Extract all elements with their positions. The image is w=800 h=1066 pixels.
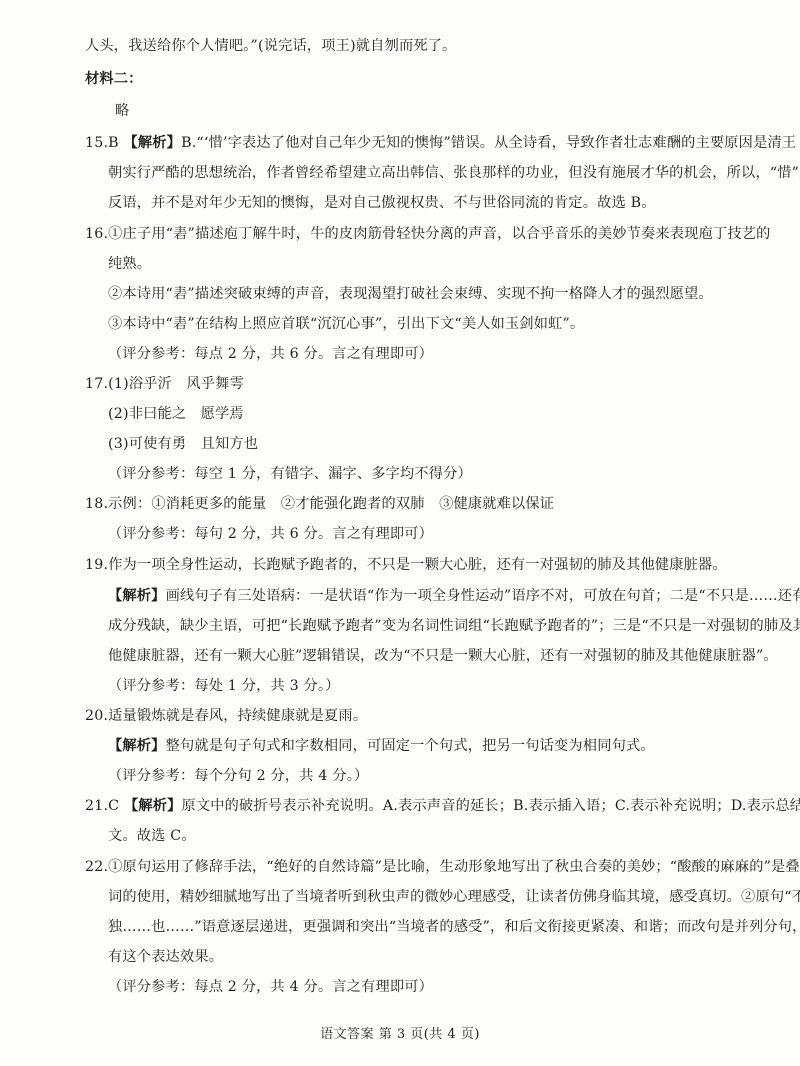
q18-score: （评分参考：每句 2 分，共 6 分。言之有理即可） [108, 524, 433, 544]
q15-line-1: 15.B 【解析】B.“‘惜’字表达了他对自己年少无知的懊悔”错误。从全诗看，导… [85, 133, 796, 153]
q15-line-3: 反语，并不是对年少无知的懊悔，是对自己傲视权贵、不与世俗同流的肯定。故选 B。 [108, 193, 656, 213]
q21-line-2: 文。故选 C。 [108, 826, 196, 846]
q19-analysis-3: 他健康脏器，还有一颗大心脏”逻辑错误，改为“不只是一颗大心脏，还有一对强韧的肺及… [108, 646, 778, 666]
q21-line-1: 21.C 【解析】原文中的破折号表示补充说明。A.表示声音的延长；B.表示插入语… [85, 796, 800, 816]
q16-line-1: 16.①庄子用“砉”描述庖丁解牛时，牛的皮肉筋骨轻快分离的声音，以合乎音乐的美妙… [85, 224, 771, 244]
q16-line-4: ③本诗中“砉”在结构上照应首联“沉沉心事”，引出下文“美人如玉剑如虹”。 [108, 314, 584, 334]
q22-line-1: 22.①原句运用了修辞手法，“绝好的自然诗篇”是比喻，生动形象地写出了秋虫合奏的… [85, 857, 800, 877]
analysis-tag: 【解析】 [124, 798, 182, 814]
q17-line-3: (3)可使有勇 且知方也 [108, 434, 258, 454]
q17-score: （评分参考：每空 1 分，有错字、漏字、多字均不得分） [108, 464, 472, 484]
q19-score: （评分参考：每处 1 分，共 3 分。） [108, 676, 340, 696]
answer-key-page: 人头，我送给你个人情吧。”(说完话，项王)就自刎而死了。 材料二： 略 15.B… [0, 0, 800, 1066]
material-one-tail: 人头，我送给你个人情吧。”(说完话，项王)就自刎而死了。 [85, 36, 457, 56]
q21-answer: 21.C [85, 798, 124, 814]
q16-line-2: 纯熟。 [108, 254, 151, 274]
q17-line-1: 17.(1)浴乎沂 风乎舞雩 [85, 374, 244, 394]
q20-analysis: 【解析】整句就是句子句式和字数相同，可固定一个句式，把另一句话变为相同句式。 [108, 736, 655, 756]
q20-answer: 20.适量锻炼就是春风，持续健康就是夏雨。 [85, 706, 367, 726]
material-two-body: 略 [115, 101, 129, 121]
q19-answer: 19.作为一项全身性运动，长跑赋予跑者的，不只是一颗大心脏，还有一对强韧的肺及其… [85, 555, 727, 575]
q19-analysis-1: 【解析】画线句子有三处语病：一是状语“作为一项全身性运动”语序不对，可放在句首；… [108, 586, 800, 606]
q18-line-1: 18.示例：①消耗更多的能量 ②才能强化跑者的双肺 ③健康就难以保证 [85, 494, 554, 514]
analysis-tag: 【解析】 [108, 588, 166, 604]
q16-line-3: ②本诗用“砉”描述突破束缚的声音，表现渴望打破社会束缚、实现不拘一格降人才的强烈… [108, 284, 713, 304]
q22-line-4: 有这个表达效果。 [108, 947, 223, 967]
q15-answer: 15.B [85, 135, 124, 151]
page-footer: 语文答案 第 3 页(共 4 页) [0, 1023, 800, 1042]
q22-line-2: 词的使用，精妙细腻地写出了当境者听到秋虫声的微妙心理感受，让读者仿佛身临其境，感… [108, 887, 800, 907]
q22-line-3: 独……也……”语意逐层递进，更强调和突出“当境者的感受”，和后文衔接更紧凑、和谐… [108, 917, 800, 937]
q16-score: （评分参考：每点 2 分，共 6 分。言之有理即可） [108, 344, 433, 364]
material-two-heading: 材料二： [85, 69, 143, 89]
q19-analysis-2: 成分残缺，缺少主语，可把“长跑赋予跑者”变为名词性词组“长跑赋予跑者的”；三是“… [108, 616, 800, 636]
analysis-tag: 【解析】 [124, 135, 182, 151]
q15-line-2: 朝实行严酷的思想统治，作者曾经希望建立高出韩信、张良那样的功业，但没有施展才华的… [108, 163, 800, 183]
q17-line-2: (2)非曰能之 愿学焉 [108, 404, 244, 424]
q22-score: （评分参考：每点 2 分，共 4 分。言之有理即可） [108, 977, 433, 997]
analysis-tag: 【解析】 [108, 738, 166, 754]
q20-score: （评分参考：每个分句 2 分，共 4 分。） [108, 766, 368, 786]
